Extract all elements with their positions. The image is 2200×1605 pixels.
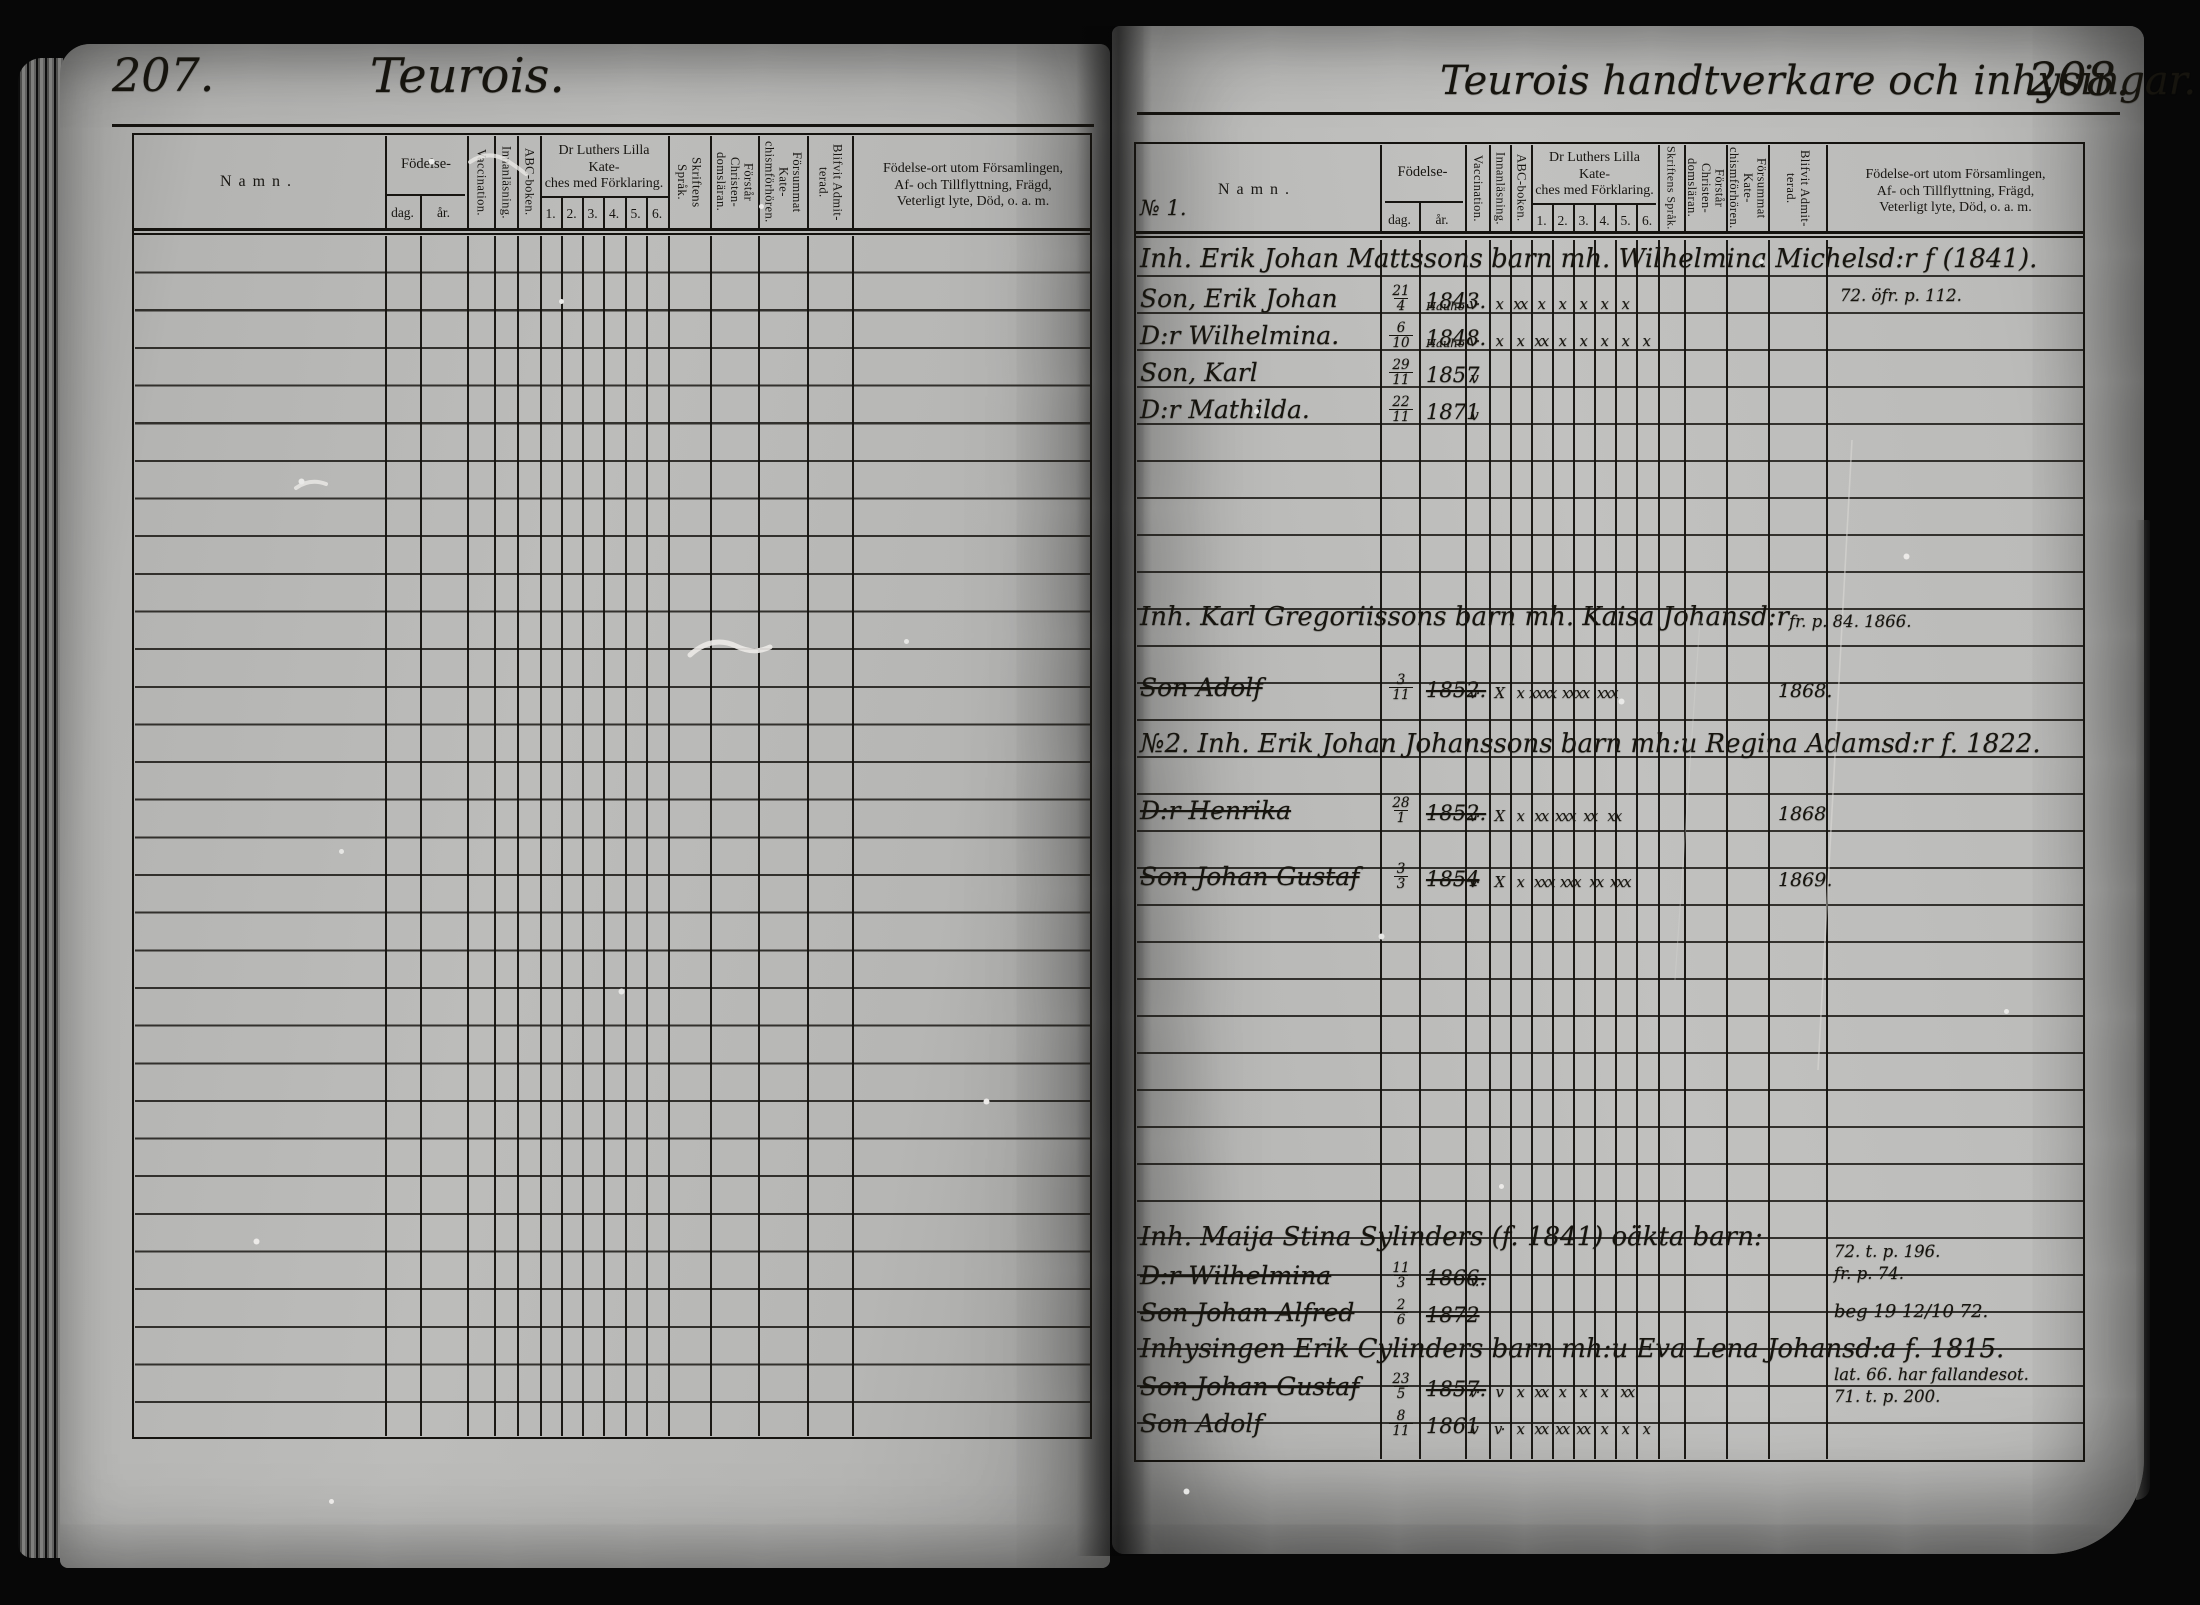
- col-header-k2: 2.: [561, 198, 582, 230]
- birth-day: 811: [1384, 1409, 1418, 1438]
- mark-vaccination: v: [1462, 408, 1486, 424]
- col-header-k5: 5.: [1615, 206, 1636, 236]
- col-header-kateches: Dr Luthers Lilla Kate- ches med Förklari…: [1533, 154, 1656, 196]
- birth-day: 2911: [1384, 358, 1418, 387]
- family-name: Inhysingen Erik Cylinders barn mh:u Eva …: [1140, 1334, 2004, 1364]
- col-header-blifvit-admitterad: Blifvit Admit- terad.: [807, 138, 852, 226]
- col-header-k1: 1.: [1531, 206, 1552, 236]
- col-header-innanlasning: Innanläsning.: [494, 138, 517, 226]
- birth-day: 281: [1384, 796, 1418, 825]
- col-header-ar: år.: [420, 196, 467, 230]
- birth-day: 26: [1384, 1298, 1418, 1327]
- col-header-vaccination: Vaccination.: [1465, 146, 1489, 230]
- mark-k2: xxx: [1553, 809, 1577, 825]
- family-name: Inh. Maija Stina Sylinders (f. 1841) oäk…: [1140, 1222, 1763, 1252]
- mark-k3: xx: [1584, 875, 1608, 891]
- page-number-left: 207.: [112, 48, 214, 102]
- mark-vaccination: v: [1462, 1422, 1486, 1438]
- family-header-row: Inh. Karl Gregoriissons barn mh. Kaisa J…: [1134, 594, 2124, 632]
- person-row: Son, Karl 2911 1857 v: [1134, 349, 2124, 387]
- person-name: D:r Mathilda.: [1140, 395, 1310, 424]
- birth-year: 1872: [1426, 1303, 1479, 1327]
- person-name: Son Adolf: [1140, 1409, 1263, 1438]
- person-row-struck: Son Adolf 311 1852. v· X x xxxx xxxx xxx…: [1134, 664, 2124, 702]
- family-header-row: №2. Inh. Erik Johan Johanssons barn mh:u…: [1134, 721, 2124, 759]
- mark-k3: xxx: [1595, 686, 1619, 702]
- person-row-struck: D:r Henrika 281 1852. v· X x xx xxx xx x…: [1134, 787, 2124, 825]
- birth-day: 214: [1384, 284, 1418, 313]
- mark-vaccination: v: [1462, 371, 1486, 387]
- col-header-k4: 4.: [603, 198, 625, 230]
- mark-k5: xx: [1615, 1385, 1639, 1401]
- person-name: Son Johan Alfred: [1140, 1298, 1354, 1327]
- person-row: Son, Erik Johan 214 Hauho. 1843. v· x xx…: [1134, 275, 2124, 313]
- birth-day: 235: [1384, 1372, 1418, 1401]
- title-rule-right: [1137, 112, 2120, 115]
- right-page-edge: [2136, 520, 2150, 1500]
- mark-k4: xxx: [1608, 875, 1632, 891]
- mark-vaccination: v·: [1462, 875, 1486, 891]
- mark-vaccination: v·: [1462, 1385, 1486, 1401]
- person-name: Son Johan Gustaf: [1140, 862, 1359, 891]
- page-number-right: 208.: [2028, 52, 2130, 106]
- page-title-left: Teurois.: [370, 48, 565, 104]
- person-name: Son, Karl: [1140, 358, 1258, 387]
- col-header-forstar-christendomslaran: Förstår Christen- domsläran.: [1684, 146, 1726, 230]
- person-name: Son Johan Gustaf: [1140, 1372, 1359, 1401]
- col-header-dag: dag.: [385, 196, 420, 230]
- title-rule-left: [112, 124, 1094, 127]
- person-name: D:r Wilhelmina: [1140, 1261, 1331, 1290]
- person-name: D:r Wilhelmina.: [1140, 321, 1339, 350]
- mark-k6: x: [1634, 334, 1658, 350]
- col-header-forsummat-katechismforhoren: Försummat Kate- chismförhören.: [758, 138, 807, 226]
- col-header-abc-boken: ABC-boken.: [1510, 146, 1531, 230]
- person-row: Son Adolf 811 1861 v v· x xx xx xx x x x: [1134, 1400, 2124, 1438]
- admitted-year: 1868: [1778, 803, 1826, 825]
- col-header-abc-boken: ABC-boken.: [517, 138, 540, 226]
- col-header-blifvit-admitterad: Blifvit Admit- terad.: [1768, 146, 1826, 230]
- mark-vaccination: v·: [1462, 334, 1486, 350]
- col-header-namn: Namn.: [134, 160, 384, 204]
- col-header-fodelseort: Födelse-ort utom Församlingen, Af- och T…: [854, 150, 1092, 222]
- col-header-kateches: Dr Luthers Lilla Kate- ches med Förklari…: [542, 146, 666, 190]
- mark-k1: xx: [1529, 809, 1553, 825]
- mark-k1: xxx: [1532, 875, 1556, 891]
- mark-k5: x: [1613, 297, 1637, 313]
- col-header-k3: 3.: [1573, 206, 1594, 236]
- paper-specks: [0, 0, 3, 3]
- margin-note: beg 19 12/10 72.: [1834, 1300, 1988, 1323]
- col-header-fodelse: Födelse-: [385, 152, 467, 178]
- col-header-k6: 6.: [1636, 206, 1658, 236]
- person-row: D:r Wilhelmina. 610 Hauho. 1848. v· x x …: [1134, 312, 2124, 350]
- birth-day: 2211: [1384, 395, 1418, 424]
- birth-day: 113: [1384, 1261, 1418, 1290]
- col-header-innanlasning: Innanläsning.: [1489, 146, 1510, 230]
- mark-k4: xx: [1602, 809, 1626, 825]
- admitted-year: 1868.: [1778, 680, 1832, 702]
- header-bottom-line-2: [134, 233, 1090, 235]
- mark-k4: x: [1592, 1385, 1616, 1401]
- mark-k2: xxx: [1558, 875, 1582, 891]
- family-name: Inh. Karl Gregoriissons barn mh. Kaisa J…: [1140, 602, 1789, 632]
- mark-k6: x: [1634, 1422, 1658, 1438]
- col-header-skriftens-sprak: Skriftens Språk.: [1658, 146, 1684, 230]
- mark-k3: xx: [1578, 809, 1602, 825]
- col-header-skriftens-sprak: Skriftens Språk.: [668, 138, 710, 226]
- birth-day: 33: [1384, 862, 1418, 891]
- col-header-fodelseort: Födelse-ort utom Församlingen, Af- och T…: [1828, 156, 2083, 228]
- col-header-k2: 2.: [1552, 206, 1573, 236]
- person-row-struck: Son Johan Alfred 26 1872 beg 19 12/10 72…: [1134, 1289, 2124, 1327]
- col-header-forstar-christendomslaran: Förstår Christen- domsläran.: [710, 138, 758, 226]
- col-header-vaccination: Vaccination.: [467, 138, 494, 226]
- person-name: D:r Henrika: [1140, 796, 1291, 825]
- col-header-k5: 5.: [625, 198, 646, 230]
- family-name: №2. Inh. Erik Johan Johanssons barn mh:u…: [1140, 729, 2041, 759]
- col-header-forsummat-katechismforhoren: Försummat Kate- chismförhören.: [1726, 146, 1768, 230]
- col-header-ar: år.: [1419, 204, 1465, 236]
- table-body-grid-left: [135, 236, 1090, 1436]
- mark-k1: xxxx: [1529, 686, 1553, 702]
- mark-abc: x: [1508, 875, 1532, 891]
- admitted-year: 1869.: [1778, 869, 1832, 891]
- col-header-k3: 3.: [582, 198, 603, 230]
- family-header-row: Inh. Maija Stina Sylinders (f. 1841) oäk…: [1134, 1214, 2124, 1252]
- mark-vaccination: v.: [1462, 1274, 1486, 1290]
- person-row-struck: D:r Wilhelmina 113 1866. v.: [1134, 1252, 2124, 1290]
- person-row-struck: Son Johan Gustaf 33 1854 v· X x xxx xxx …: [1134, 853, 2124, 891]
- col-header-k6: 6.: [646, 198, 668, 230]
- col-header-dag: dag.: [1380, 204, 1419, 236]
- person-row-struck: Son Johan Gustaf 235 1857. v· v x xx x x…: [1134, 1363, 2124, 1401]
- mark-vaccination: v·: [1462, 686, 1486, 702]
- person-row: D:r Mathilda. 2211 1871 v: [1134, 386, 2124, 424]
- mark-vaccination: v·: [1462, 297, 1486, 313]
- birth-day: 610: [1384, 321, 1418, 350]
- person-name: Son, Erik Johan: [1140, 284, 1338, 313]
- family-header-row: Inhysingen Erik Cylinders barn mh:u Eva …: [1134, 1326, 2124, 1364]
- col-header-fodelse: Födelse-: [1380, 160, 1465, 186]
- mark-k2: xxxx: [1562, 686, 1586, 702]
- margin-note: fr. p. 84. 1866.: [1789, 611, 1911, 632]
- person-name: Son Adolf: [1140, 673, 1263, 702]
- birth-day: 311: [1384, 673, 1418, 702]
- col-header-k4: 4.: [1594, 206, 1615, 236]
- col-header-k1: 1.: [540, 198, 561, 230]
- mark-vaccination: v·: [1462, 809, 1486, 825]
- household-group-label: № 1.: [1140, 196, 1187, 220]
